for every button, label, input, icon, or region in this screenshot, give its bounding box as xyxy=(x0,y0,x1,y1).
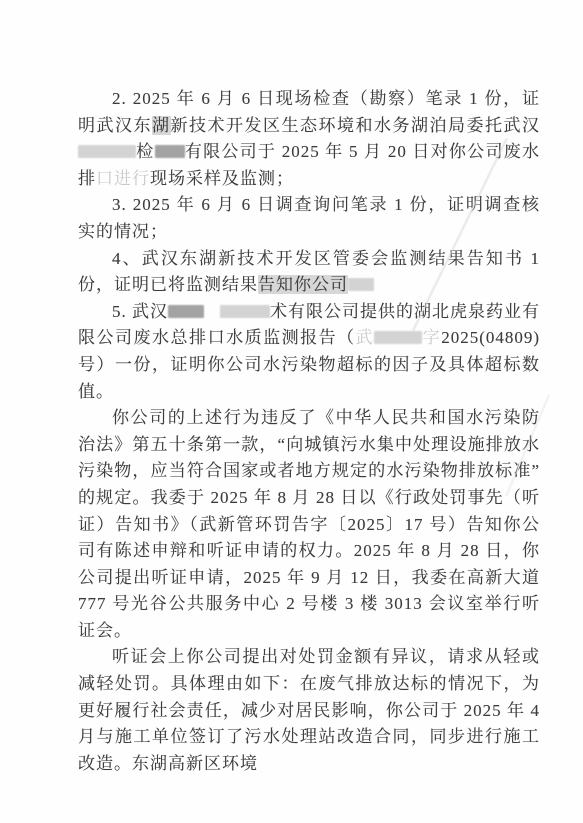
violation-and-hearing-paragraph: 你公司的上述行为违反了《中华人民共和国水污染防治法》第五十条第一款，“向城镇污水… xyxy=(78,405,540,644)
text-run: 听证会上你公司提出对处罚金额有异议，请求从轻或减轻处罚。具体理由如下：在废气排放… xyxy=(78,647,540,772)
text-run: 现场采样及监测； xyxy=(150,169,294,188)
text-run: 你公司的上述行为违反了《中华人民共和国水污染防治法》第五十条第一款，“向城镇污水… xyxy=(78,408,540,640)
evidence-item-2: 2. 2025 年 6 月 6 日现场检查（勘察）笔录 1 份，证明武汉东湖新技… xyxy=(78,86,540,192)
text-run: 检 xyxy=(136,142,155,161)
smudged-text: 湖 xyxy=(152,116,171,135)
evidence-item-3: 3. 2025 年 6 月 6 日调查询问笔录 1 份，证明调查核实的情况； xyxy=(78,192,540,245)
redaction-block xyxy=(348,278,374,291)
text-run: 3. 2025 年 6 月 6 日调查询问笔录 1 份，证明调查核实的情况； xyxy=(78,195,540,241)
redaction-block xyxy=(220,305,270,318)
faded-text: 口进行 xyxy=(96,169,150,188)
smudged-text: 告知你公司 xyxy=(258,275,348,294)
text-run: 5. 武汉 xyxy=(112,302,168,321)
redaction-block xyxy=(78,145,136,158)
document-body: 2. 2025 年 6 月 6 日现场检查（勘察）笔录 1 份，证明武汉东湖新技… xyxy=(78,86,540,777)
text-run: 新技术开发区生态环境和水务湖泊局委托武汉 xyxy=(171,116,541,135)
evidence-item-4: 4、武汉东湖新技术开发区管委会监测结果告知书 1 份，证明已将监测结果告知你公司 xyxy=(78,246,540,299)
faded-text: 字 xyxy=(422,328,441,347)
scanned-document-page: 2. 2025 年 6 月 6 日现场检查（勘察）笔录 1 份，证明武汉东湖新技… xyxy=(0,0,583,823)
redaction-block xyxy=(374,331,422,344)
hearing-objection-paragraph: 听证会上你公司提出对处罚金额有异议，请求从轻或减轻处罚。具体理由如下：在废气排放… xyxy=(78,644,540,777)
redaction-block xyxy=(168,305,204,318)
evidence-item-5: 5. 武汉术有限公司提供的湖北虎泉药业有限公司废水总排口水质监测报告（武字202… xyxy=(78,299,540,405)
redaction-gap xyxy=(204,316,220,317)
faded-text: 武 xyxy=(356,328,375,347)
redaction-block xyxy=(155,145,185,158)
